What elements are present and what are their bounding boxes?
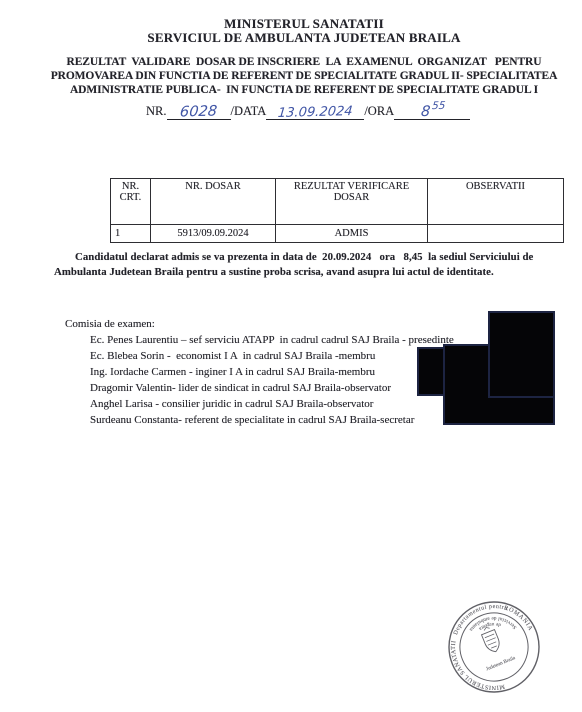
notice-paragraph: Candidatul declarat admis se va prezenta… <box>54 250 533 280</box>
notice-line-2: Ambulanta Judetean Braila pentru a susti… <box>54 265 533 280</box>
notice-line-1: Candidatul declarat admis se va prezenta… <box>54 250 533 265</box>
commission-member-2: Ec. Blebea Sorin - economist I A in cadr… <box>90 348 454 364</box>
table-row: 1 5913/09.09.2024 ADMIS <box>111 225 564 243</box>
ora-blank-field: 855 <box>394 103 470 120</box>
nr-blank-field: 6028 <box>167 103 231 120</box>
commission-member-1: Ec. Penes Laurentiu – sef serviciu ATAPP… <box>90 332 454 348</box>
scanned-document-page: MINISTERUL SANATATII SERVICIUL DE AMBULA… <box>0 0 582 712</box>
data-handwritten-value: 13.09.2024 <box>277 104 353 121</box>
commission-member-4: Dragomir Valentin- lider de sindicat in … <box>90 380 454 396</box>
cell-nr-crt: 1 <box>111 225 151 243</box>
commission-member-3: Ing. Iordache Carmen - inginer I A in ca… <box>90 364 454 380</box>
service-name: SERVICIUL DE AMBULANTA JUDETEAN BRAILA <box>26 30 582 46</box>
stamp-rotated-group: Departamentul pentru ROMANIA MINISTERUL … <box>438 591 550 703</box>
results-table: NR. CRT. NR. DOSAR REZULTAT VERIFICARE D… <box>110 178 564 243</box>
data-blank-field: 13.09.2024 <box>266 104 364 120</box>
col-header-rezultat: REZULTAT VERIFICARE DOSAR <box>276 179 428 225</box>
stamp-coat-of-arms <box>480 625 503 654</box>
ora-handwritten-minutes: 55 <box>432 100 447 112</box>
nr-handwritten-value: 6028 <box>179 104 218 121</box>
commission-member-6: Surdeanu Constanta- referent de speciali… <box>90 412 454 428</box>
registration-line: NR.6028/DATA13.09.2024/ORA855 <box>146 103 470 120</box>
col-header-nr-crt: NR. CRT. <box>111 179 151 225</box>
nr-label: NR. <box>146 104 167 118</box>
cell-nr-dosar: 5913/09.09.2024 <box>151 225 276 243</box>
document-title-line-3: ADMINISTRATIE PUBLICA- IN FUNCTIA DE REF… <box>26 84 582 96</box>
ora-handwritten-value: 8 <box>420 104 431 120</box>
round-ink-stamp: Departamentul pentru ROMANIA MINISTERUL … <box>438 591 550 703</box>
data-label: /DATA <box>231 104 267 118</box>
document-title-line-1: REZULTAT VALIDARE DOSAR DE INSCRIERE LA … <box>26 56 582 68</box>
table-header-row: NR. CRT. NR. DOSAR REZULTAT VERIFICARE D… <box>111 179 564 225</box>
commission-label: Comisia de examen: <box>65 318 155 330</box>
cell-rezultat: ADMIS <box>276 225 428 243</box>
stamp-county-text: Judetean Braila <box>486 656 517 673</box>
ora-label: /ORA <box>364 104 394 118</box>
redaction-box-top-right <box>488 311 555 398</box>
col-header-observatii: OBSERVATII <box>428 179 564 225</box>
cell-observatii <box>428 225 564 243</box>
commission-list: Ec. Penes Laurentiu – sef serviciu ATAPP… <box>90 332 454 429</box>
commission-member-5: Anghel Larisa - consilier juridic in cad… <box>90 396 454 412</box>
document-title-line-2: PROMOVAREA DIN FUNCTIA DE REFERENT DE SP… <box>26 70 582 82</box>
col-header-nr-dosar: NR. DOSAR <box>151 179 276 225</box>
